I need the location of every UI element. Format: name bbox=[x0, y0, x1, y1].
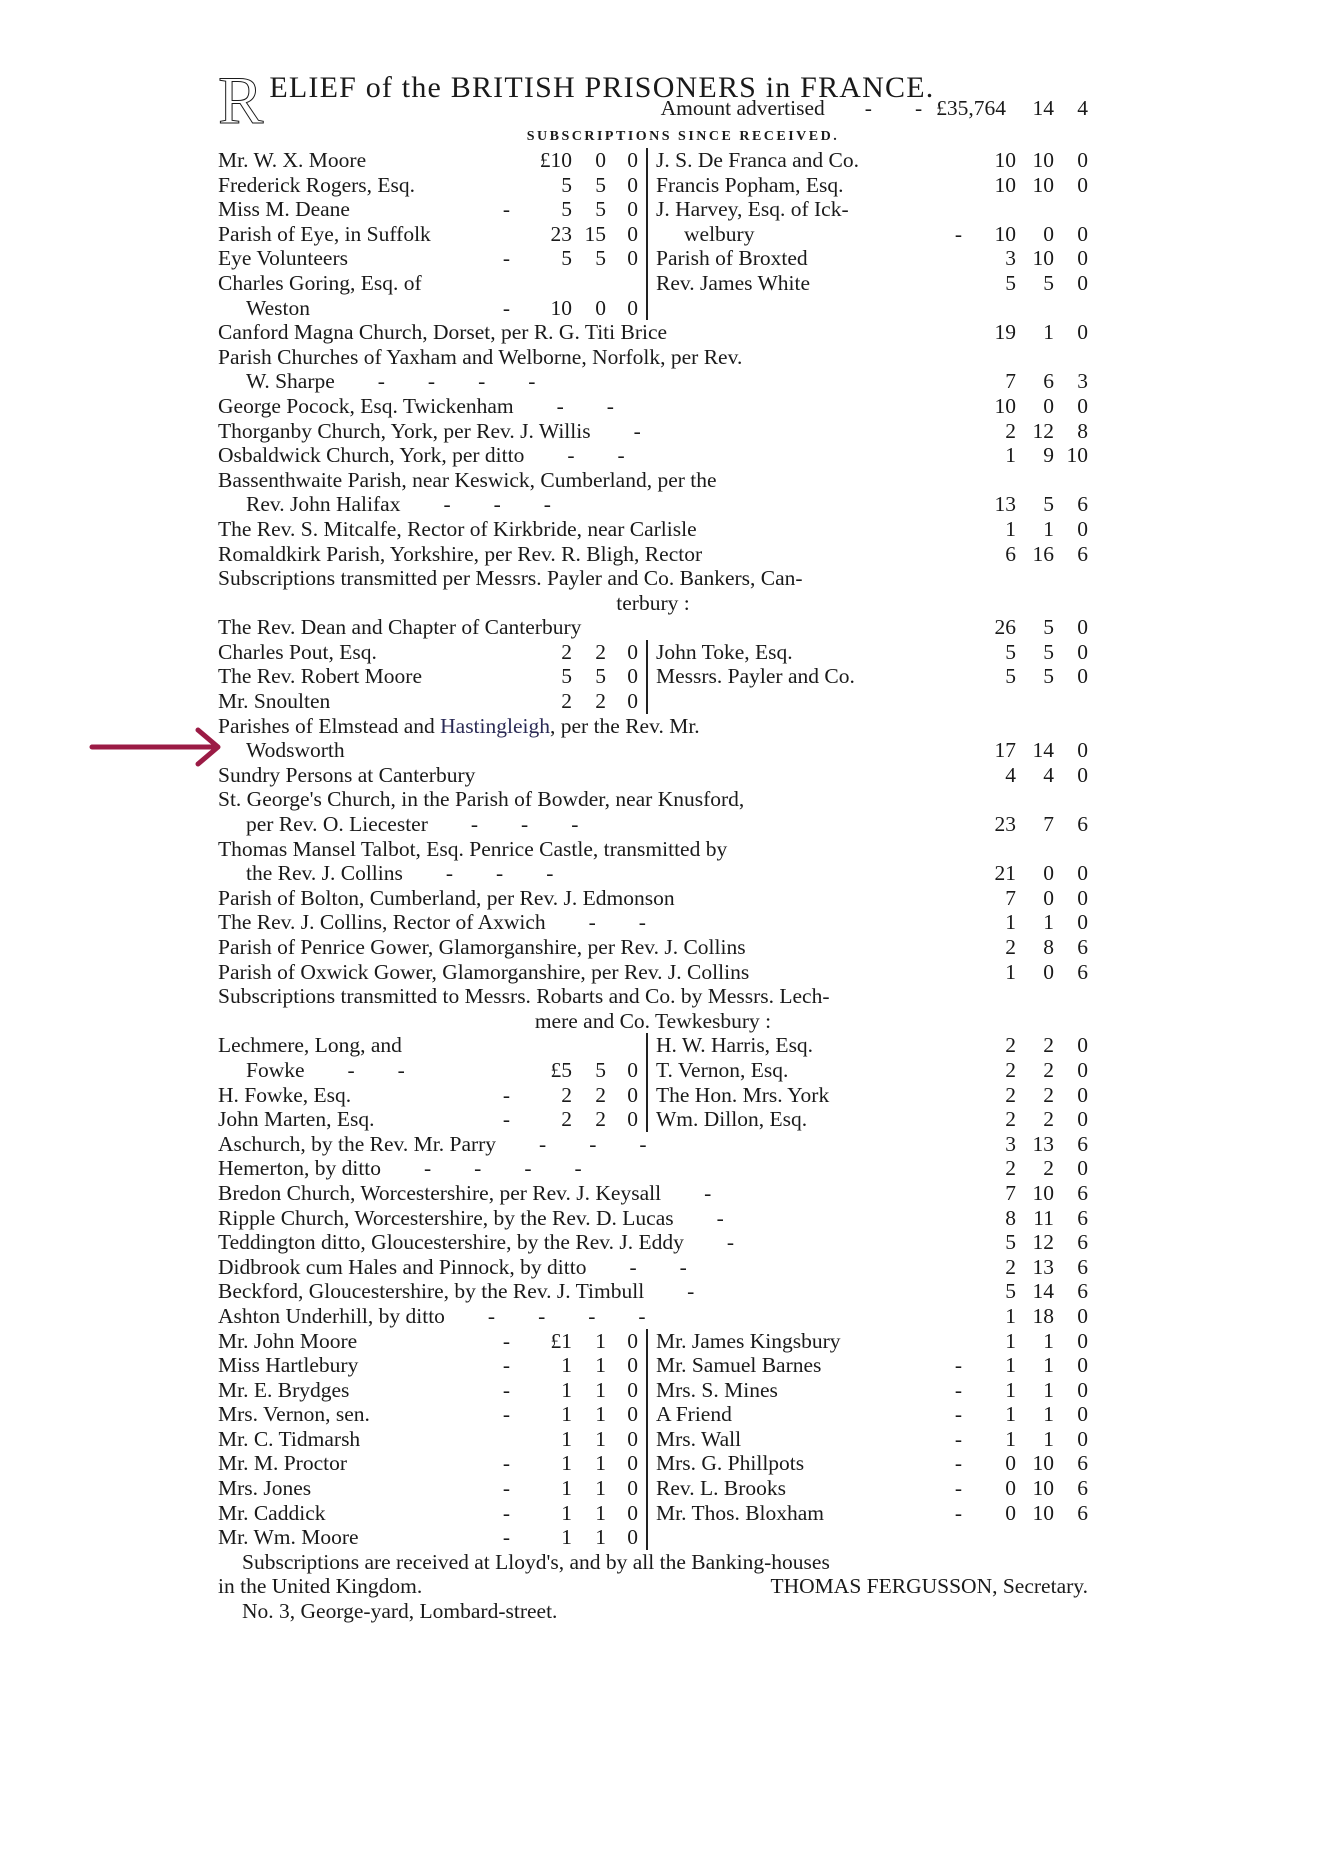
pence: 0 bbox=[606, 173, 638, 198]
amount: 2100 bbox=[976, 861, 1088, 886]
shillings: 12 bbox=[1016, 1230, 1054, 1255]
pence: 0 bbox=[1054, 1156, 1088, 1181]
list-item: Fowke - -£550 bbox=[218, 1058, 638, 1083]
shillings: 2 bbox=[572, 1083, 606, 1108]
leader-dash: - bbox=[489, 197, 524, 222]
entry-name: The Hon. Mrs. York bbox=[656, 1083, 948, 1108]
entry-name: Mr. Thos. Bloxham bbox=[656, 1501, 941, 1526]
entry-name: H. Fowke, Esq. bbox=[218, 1083, 489, 1108]
pence bbox=[1054, 787, 1088, 812]
shillings: 5 bbox=[1016, 664, 1054, 689]
list-item: The Rev. J. Collins, Rector of Axwich - … bbox=[218, 910, 1088, 935]
entry-name: Mr. Caddick bbox=[218, 1501, 489, 1526]
pounds: 5 bbox=[524, 173, 572, 198]
pounds: 1 bbox=[524, 1353, 572, 1378]
entry-name: W. Sharpe - - - - bbox=[218, 369, 976, 394]
shillings: 2 bbox=[1016, 1156, 1054, 1181]
list-item: Aschurch, by the Rev. Mr. Parry - - -313… bbox=[218, 1132, 1088, 1157]
amount: 5126 bbox=[976, 1230, 1088, 1255]
pounds: 5 bbox=[976, 640, 1016, 665]
pence: 0 bbox=[1054, 1427, 1088, 1452]
amount bbox=[971, 296, 1083, 321]
amount bbox=[976, 345, 1088, 370]
entry-name: Miss M. Deane bbox=[218, 197, 489, 222]
pounds: 21 bbox=[976, 861, 1016, 886]
amount: 550 bbox=[976, 271, 1088, 296]
leader-dash bbox=[496, 222, 524, 247]
pounds bbox=[976, 787, 1016, 812]
pence: 0 bbox=[606, 296, 638, 321]
list-item: A Friend-110 bbox=[656, 1402, 1088, 1427]
leader-dash bbox=[948, 1107, 976, 1132]
amount: 220 bbox=[976, 1058, 1088, 1083]
amount: 220 bbox=[976, 1156, 1088, 1181]
section-heading-payler: Subscriptions transmitted per Messrs. Pa… bbox=[218, 566, 1088, 591]
shillings: 9 bbox=[1016, 443, 1054, 468]
list-item: Lechmere, Long, and bbox=[218, 1033, 638, 1058]
amount: 110 bbox=[976, 517, 1088, 542]
pence: 0 bbox=[1054, 1402, 1088, 1427]
entry-name: Mr. Snoulten bbox=[218, 689, 496, 714]
leader-dash bbox=[948, 246, 976, 271]
leader-dash bbox=[496, 640, 524, 665]
shillings bbox=[1016, 197, 1054, 222]
list-item: The Rev. S. Mitcalfe, Rector of Kirkbrid… bbox=[218, 517, 1088, 542]
two-column-list-3: Charles Pout, Esq.220The Rev. Robert Moo… bbox=[218, 640, 1088, 714]
entry-name: Thomas Mansel Talbot, Esq. Penrice Castl… bbox=[218, 837, 976, 862]
arrow-right-icon bbox=[88, 727, 223, 767]
shillings: 1 bbox=[572, 1353, 606, 1378]
leader-dash bbox=[496, 271, 524, 296]
pounds: 1 bbox=[976, 1427, 1016, 1452]
leader-dash bbox=[943, 689, 971, 714]
entry-name: Miss Hartlebury bbox=[218, 1353, 489, 1378]
list-item: Eye Volunteers-550 bbox=[218, 246, 638, 271]
entry-name: Mr. John Moore bbox=[218, 1329, 489, 1354]
shillings bbox=[1016, 468, 1054, 493]
shillings: 1 bbox=[572, 1476, 606, 1501]
pounds: 1 bbox=[976, 443, 1016, 468]
shillings: 5 bbox=[572, 1058, 606, 1083]
shillings: 6 bbox=[1016, 369, 1054, 394]
section-heading-robarts: Subscriptions transmitted to Messrs. Rob… bbox=[218, 984, 1088, 1009]
list-item: The Rev. Robert Moore550 bbox=[218, 664, 638, 689]
amount: 110 bbox=[524, 1501, 638, 1526]
pence bbox=[1054, 837, 1088, 862]
leader-dash: - bbox=[941, 1402, 976, 1427]
list-item: Mr. John Moore-£110 bbox=[218, 1329, 638, 1354]
entry-name: Mrs. G. Phillpots bbox=[656, 1451, 941, 1476]
pounds: 10 bbox=[976, 394, 1016, 419]
amount: 440 bbox=[976, 763, 1088, 788]
list-item: Mrs. G. Phillpots-0106 bbox=[656, 1451, 1088, 1476]
amount-advertised-label: Amount advertised bbox=[661, 96, 825, 121]
entry-name: Parish of Penrice Gower, Glamorganshire,… bbox=[218, 935, 976, 960]
amount: 1000 bbox=[524, 296, 638, 321]
list-item: per Rev. O. Liecester - - -2376 bbox=[218, 812, 1088, 837]
shillings: 2 bbox=[572, 640, 606, 665]
pounds: 1 bbox=[976, 1353, 1016, 1378]
shillings: 4 bbox=[1016, 763, 1054, 788]
amount: 110 bbox=[976, 1402, 1088, 1427]
pounds: 23 bbox=[524, 222, 572, 247]
pounds: 2 bbox=[976, 419, 1016, 444]
list-item: The Hon. Mrs. York220 bbox=[656, 1083, 1088, 1108]
pence: 0 bbox=[606, 1353, 638, 1378]
entry-name: Parish of Broxted bbox=[656, 246, 948, 271]
leader-dash: - bbox=[941, 1353, 976, 1378]
pence: 6 bbox=[1054, 1132, 1088, 1157]
list-item: Mr. Thos. Bloxham-0106 bbox=[656, 1501, 1088, 1526]
amount: 1000 bbox=[976, 394, 1088, 419]
pounds: 2 bbox=[524, 1083, 572, 1108]
pence: 0 bbox=[606, 1427, 638, 1452]
list-item: The Rev. Dean and Chapter of Canterbury … bbox=[218, 615, 1088, 640]
shillings: 2 bbox=[1016, 1033, 1054, 1058]
list-item: Miss Hartlebury-110 bbox=[218, 1353, 638, 1378]
pounds bbox=[976, 837, 1016, 862]
leader-dash bbox=[943, 296, 971, 321]
amount bbox=[976, 787, 1088, 812]
amount: 110 bbox=[524, 1427, 638, 1452]
entry-name: H. W. Harris, Esq. bbox=[656, 1033, 948, 1058]
entry-name: Teddington ditto, Gloucestershire, by th… bbox=[218, 1230, 976, 1255]
pounds: 2 bbox=[976, 1255, 1016, 1280]
pence: 0 bbox=[1054, 517, 1088, 542]
entry-name: Mr. Samuel Barnes bbox=[656, 1353, 941, 1378]
amount: 110 bbox=[524, 1402, 638, 1427]
list-item: Wm. Dillon, Esq.220 bbox=[656, 1107, 1088, 1132]
pence bbox=[1049, 1525, 1083, 1550]
pence: 0 bbox=[1054, 1083, 1088, 1108]
list-item: Mr. James Kingsbury110 bbox=[656, 1329, 1088, 1354]
shillings: 1 bbox=[1016, 1378, 1054, 1403]
address: No. 3, George-yard, Lombard-street. bbox=[218, 1599, 1088, 1624]
leader-dash bbox=[496, 173, 524, 198]
amount: 2376 bbox=[976, 812, 1088, 837]
subheading: SUBSCRIPTIONS SINCE RECEIVED. bbox=[218, 126, 1088, 148]
leader-dash: - bbox=[489, 1501, 524, 1526]
pounds: 1 bbox=[524, 1378, 572, 1403]
pounds: 1 bbox=[524, 1501, 572, 1526]
entry-name: John Toke, Esq. bbox=[656, 640, 948, 665]
list-item: John Toke, Esq.550 bbox=[656, 640, 1088, 665]
shillings: 16 bbox=[1016, 542, 1054, 567]
entry-name: Messrs. Payler and Co. bbox=[656, 664, 948, 689]
amount bbox=[976, 468, 1088, 493]
leader-dash bbox=[948, 1083, 976, 1108]
amount: 0106 bbox=[976, 1476, 1088, 1501]
list-item bbox=[656, 296, 1088, 321]
shillings: 1 bbox=[572, 1525, 606, 1550]
entry-name: Aschurch, by the Rev. Mr. Parry - - - bbox=[218, 1132, 976, 1157]
shillings: 2 bbox=[572, 1107, 606, 1132]
shillings: 8 bbox=[1016, 935, 1054, 960]
amount: 7106 bbox=[976, 1181, 1088, 1206]
leader-dash bbox=[948, 640, 976, 665]
pounds: 3 bbox=[976, 246, 1016, 271]
pounds: 6 bbox=[976, 542, 1016, 567]
pounds: 1 bbox=[976, 1329, 1016, 1354]
leader-dash: - bbox=[941, 1476, 976, 1501]
leader-dash: - bbox=[941, 1451, 976, 1476]
pounds: £5 bbox=[524, 1058, 572, 1083]
list-item: Parish of Broxted3100 bbox=[656, 246, 1088, 271]
pence: 0 bbox=[606, 1378, 638, 1403]
list-item: Didbrook cum Hales and Pinnock, by ditto… bbox=[218, 1255, 1088, 1280]
shillings bbox=[572, 271, 606, 296]
list-item: Miss M. Deane-550 bbox=[218, 197, 638, 222]
amount: 1356 bbox=[976, 492, 1088, 517]
amount: 6166 bbox=[976, 542, 1088, 567]
pounds bbox=[976, 197, 1016, 222]
pounds: 1 bbox=[524, 1427, 572, 1452]
pence: 8 bbox=[1054, 419, 1088, 444]
list-item: Teddington ditto, Gloucestershire, by th… bbox=[218, 1230, 1088, 1255]
list-item: Mrs. Wall-110 bbox=[656, 1427, 1088, 1452]
leader-dash bbox=[948, 148, 976, 173]
pence: 0 bbox=[1054, 1378, 1088, 1403]
list-item: Rev. James White550 bbox=[656, 271, 1088, 296]
pounds: £1 bbox=[524, 1329, 572, 1354]
list-item: Bassenthwaite Parish, near Keswick, Cumb… bbox=[218, 468, 1088, 493]
amount: 700 bbox=[976, 886, 1088, 911]
entry-name: St. George's Church, in the Parish of Bo… bbox=[218, 787, 976, 812]
amount: £550 bbox=[524, 1058, 638, 1083]
amount bbox=[524, 271, 638, 296]
pounds: 19 bbox=[976, 320, 1016, 345]
shillings: 1 bbox=[1016, 1402, 1054, 1427]
leader-dash: - bbox=[489, 1402, 524, 1427]
list-item: H. Fowke, Esq.-220 bbox=[218, 1083, 638, 1108]
pounds: 7 bbox=[976, 1181, 1016, 1206]
list-item: Mr. Caddick-110 bbox=[218, 1501, 638, 1526]
leader-dash bbox=[496, 689, 524, 714]
entry-name: Mr. Wm. Moore bbox=[218, 1525, 489, 1550]
pounds: 5 bbox=[976, 271, 1016, 296]
scanned-page: R ELIEF of the BRITISH PRISONERS in FRAN… bbox=[0, 0, 1338, 1856]
pounds: 2 bbox=[976, 1083, 1016, 1108]
pence bbox=[1049, 689, 1083, 714]
leader-dash: - bbox=[941, 1501, 976, 1526]
pounds bbox=[971, 296, 1011, 321]
entry-name: Francis Popham, Esq. bbox=[656, 173, 948, 198]
entry-list-4: Sundry Persons at Canterbury440St. Georg… bbox=[218, 763, 1088, 984]
footer-line-2-left: in the United Kingdom. bbox=[218, 1574, 422, 1599]
pounds: 1 bbox=[976, 1378, 1016, 1403]
amount bbox=[976, 837, 1088, 862]
list-item bbox=[656, 1525, 1088, 1550]
amount: 1180 bbox=[976, 1304, 1088, 1329]
pounds: 1 bbox=[524, 1402, 572, 1427]
shillings: 5 bbox=[572, 664, 606, 689]
list-item: George Pocock, Esq. Twickenham - -1000 bbox=[218, 394, 1088, 419]
leader-dash: - bbox=[489, 1476, 524, 1501]
entry-name: The Rev. S. Mitcalfe, Rector of Kirkbrid… bbox=[218, 517, 976, 542]
shillings: 14 bbox=[1016, 1279, 1054, 1304]
entry-name: per Rev. O. Liecester - - - bbox=[218, 812, 976, 837]
pounds: 2 bbox=[524, 640, 572, 665]
leader-dash bbox=[948, 1329, 976, 1354]
list-item: Hemerton, by ditto - - - -220 bbox=[218, 1156, 1088, 1181]
pence: 0 bbox=[1054, 246, 1088, 271]
leader-dash: - bbox=[489, 1525, 524, 1550]
amount: 110 bbox=[524, 1353, 638, 1378]
list-item: the Rev. J. Collins - - -2100 bbox=[218, 861, 1088, 886]
leader-dash bbox=[948, 271, 976, 296]
leader-dash bbox=[496, 1033, 524, 1058]
shillings: 1 bbox=[1016, 910, 1054, 935]
shillings: 18 bbox=[1016, 1304, 1054, 1329]
amount: 110 bbox=[524, 1378, 638, 1403]
pence: 0 bbox=[1054, 910, 1088, 935]
shillings: 1 bbox=[1016, 320, 1054, 345]
two-column-list-5: Lechmere, Long, andFowke - -£550H. Fowke… bbox=[218, 1033, 1088, 1131]
pounds: 1 bbox=[976, 910, 1016, 935]
leader-dash: - bbox=[489, 1107, 524, 1132]
shillings: 1 bbox=[1016, 517, 1054, 542]
amount: 550 bbox=[976, 640, 1088, 665]
shillings: 1 bbox=[572, 1451, 606, 1476]
pence: 6 bbox=[1054, 492, 1088, 517]
entry-name: T. Vernon, Esq. bbox=[656, 1058, 948, 1083]
entry-name: Mr. E. Brydges bbox=[218, 1378, 489, 1403]
list-item: Canford Magna Church, Dorset, per R. G. … bbox=[218, 320, 1088, 345]
amount: 220 bbox=[976, 1107, 1088, 1132]
pounds: 10 bbox=[976, 222, 1016, 247]
pence: 10 bbox=[1054, 443, 1088, 468]
shillings: 5 bbox=[1016, 271, 1054, 296]
shillings: 10 bbox=[1016, 1476, 1054, 1501]
amount: 220 bbox=[524, 640, 638, 665]
pence: 0 bbox=[1054, 173, 1088, 198]
shillings: 1 bbox=[572, 1378, 606, 1403]
entry-name: Frederick Rogers, Esq. bbox=[218, 173, 496, 198]
list-item: Mr. M. Proctor-110 bbox=[218, 1451, 638, 1476]
pence: 0 bbox=[1054, 664, 1088, 689]
pounds: 5 bbox=[976, 664, 1016, 689]
amount: 763 bbox=[976, 369, 1088, 394]
pence: 6 bbox=[1054, 1206, 1088, 1231]
pence: 0 bbox=[606, 246, 638, 271]
entry-name: Mrs. Vernon, sen. bbox=[218, 1402, 489, 1427]
pence: 0 bbox=[1054, 1058, 1088, 1083]
shillings: 1 bbox=[1016, 1329, 1054, 1354]
two-column-list-1: Mr. W. X. Moore£1000Frederick Rogers, Es… bbox=[218, 148, 1088, 320]
pence: 0 bbox=[606, 1501, 638, 1526]
shillings: 10 bbox=[1016, 148, 1054, 173]
pounds: 3 bbox=[976, 1132, 1016, 1157]
amount: £1000 bbox=[524, 148, 638, 173]
entry-name: J. Harvey, Esq. of Ick- bbox=[656, 197, 948, 222]
amount: £110 bbox=[524, 1329, 638, 1354]
list-item: Mr. W. X. Moore£1000 bbox=[218, 148, 638, 173]
list-item: Mr. Wm. Moore-110 bbox=[218, 1525, 638, 1550]
leader-dash bbox=[948, 173, 976, 198]
pence: 0 bbox=[1054, 148, 1088, 173]
drop-cap: R bbox=[218, 72, 263, 128]
footer-line-1: Subscriptions are received at Lloyd's, a… bbox=[218, 1550, 1088, 1575]
list-item: Weston-1000 bbox=[218, 296, 638, 321]
amount: 10100 bbox=[976, 148, 1088, 173]
entry-name: Bredon Church, Worcestershire, per Rev. … bbox=[218, 1181, 976, 1206]
shillings: 13 bbox=[1016, 1132, 1054, 1157]
pence: 0 bbox=[1054, 1107, 1088, 1132]
leader-dash bbox=[948, 664, 976, 689]
shillings bbox=[572, 1033, 606, 1058]
leader-dash bbox=[496, 664, 524, 689]
shillings: 2 bbox=[1016, 1083, 1054, 1108]
amount: 220 bbox=[524, 689, 638, 714]
leader-dash bbox=[496, 148, 524, 173]
shillings bbox=[1016, 837, 1054, 862]
entry-name: Beckford, Gloucestershire, by the Rev. J… bbox=[218, 1279, 976, 1304]
pounds: 1 bbox=[524, 1525, 572, 1550]
pence: 0 bbox=[606, 222, 638, 247]
list-item: welbury-1000 bbox=[656, 222, 1088, 247]
pounds: 2 bbox=[976, 1033, 1016, 1058]
pence: 0 bbox=[1054, 271, 1088, 296]
amount: 10100 bbox=[976, 173, 1088, 198]
entry-name: Bassenthwaite Parish, near Keswick, Cumb… bbox=[218, 468, 976, 493]
pounds: 2 bbox=[976, 1156, 1016, 1181]
list-item: T. Vernon, Esq.220 bbox=[656, 1058, 1088, 1083]
pence: 0 bbox=[1054, 222, 1088, 247]
pence: 6 bbox=[1054, 1451, 1088, 1476]
amount: 110 bbox=[524, 1451, 638, 1476]
shillings: 2 bbox=[1016, 1107, 1054, 1132]
amount bbox=[971, 689, 1083, 714]
entry-name: Charles Pout, Esq. bbox=[218, 640, 496, 665]
pounds: 10 bbox=[976, 173, 1016, 198]
amount: 106 bbox=[976, 960, 1088, 985]
amount: 23150 bbox=[524, 222, 638, 247]
amount: 1000 bbox=[976, 222, 1088, 247]
pence: 0 bbox=[1054, 1329, 1088, 1354]
pence: 0 bbox=[1054, 886, 1088, 911]
pounds bbox=[976, 345, 1016, 370]
entry-list-2: Canford Magna Church, Dorset, per R. G. … bbox=[218, 320, 1088, 566]
entry-name: Mr. James Kingsbury bbox=[656, 1329, 948, 1354]
list-item: Parish of Oxwick Gower, Glamorganshire, … bbox=[218, 960, 1088, 985]
shillings: 0 bbox=[572, 148, 606, 173]
entry-name: the Rev. J. Collins - - - bbox=[218, 861, 976, 886]
list-item: Sundry Persons at Canterbury440 bbox=[218, 763, 1088, 788]
amount: 550 bbox=[524, 664, 638, 689]
amount: 5146 bbox=[976, 1279, 1088, 1304]
pence: 6 bbox=[1054, 1279, 1088, 1304]
entry-name bbox=[656, 689, 943, 714]
amount: 110 bbox=[976, 1378, 1088, 1403]
list-item: Thorganby Church, York, per Rev. J. Will… bbox=[218, 419, 1088, 444]
entry-name: Rev. L. Brooks bbox=[656, 1476, 941, 1501]
pence bbox=[606, 271, 638, 296]
pounds: 5 bbox=[524, 197, 572, 222]
pounds: 5 bbox=[524, 246, 572, 271]
list-item: Charles Goring, Esq. of bbox=[218, 271, 638, 296]
list-item: Parish Churches of Yaxham and Welborne, … bbox=[218, 345, 1088, 370]
leader-dash bbox=[943, 1525, 971, 1550]
shillings: 1 bbox=[1016, 1427, 1054, 1452]
amount: 0106 bbox=[976, 1451, 1088, 1476]
footer: Subscriptions are received at Lloyd's, a… bbox=[218, 1550, 1088, 1624]
leader-dash bbox=[496, 1427, 524, 1452]
amount: 220 bbox=[524, 1107, 638, 1132]
pounds: 0 bbox=[976, 1476, 1016, 1501]
pounds: £10 bbox=[524, 148, 572, 173]
pence: 0 bbox=[1054, 640, 1088, 665]
leader-dash: - bbox=[941, 1427, 976, 1452]
